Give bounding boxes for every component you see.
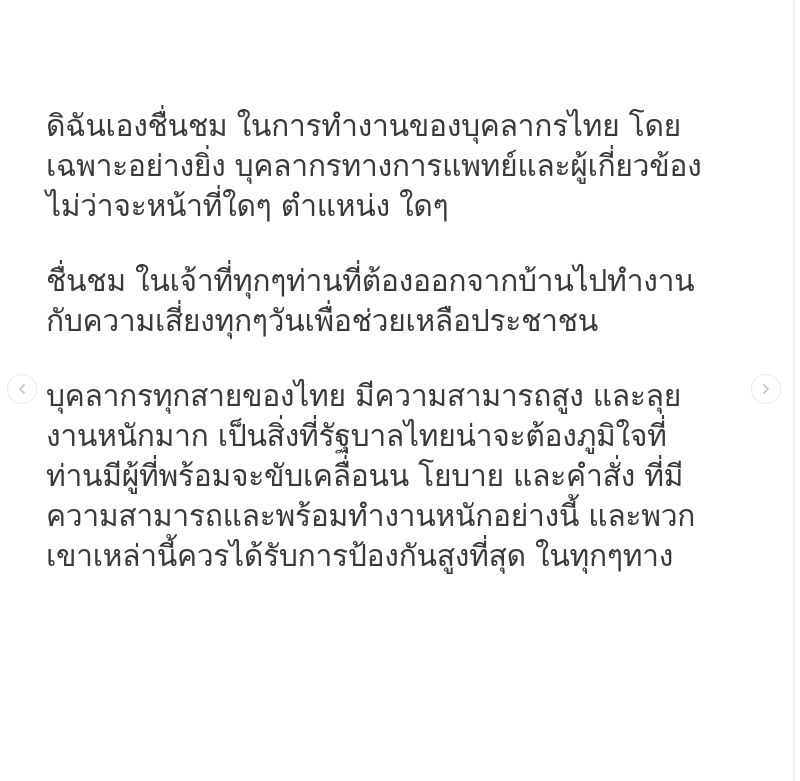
post-text: ดิฉันเองชื่นชม ในการทำงานของบุคลากรไทย โ… [46, 107, 776, 577]
paragraph-1: ดิฉันเองชื่นชม ในการทำงานของบุคลากรไทย โ… [46, 107, 776, 227]
chevron-right-icon [760, 383, 772, 395]
text-line: ชื่นชม ในเจ้าที่ทุกๆท่านที่ต้องออกจากบ้า… [46, 262, 776, 302]
text-line: บุคลากรทุกสายของไทย มีความสามารถสูง และล… [46, 377, 776, 417]
panel-divider [793, 0, 795, 781]
text-line: ดิฉันเองชื่นชม ในการทำงานของบุคลากรไทย โ… [46, 107, 776, 147]
paragraph-3: บุคลากรทุกสายของไทย มีความสามารถสูง และล… [46, 377, 776, 577]
carousel-next-button[interactable] [751, 374, 781, 404]
text-line: ความสามารถและพร้อมทำงานหนักอย่างนี้ และพ… [46, 497, 776, 537]
text-line: เขาเหล่านี้ควรได้รับการป้องกันสูงที่สุด … [46, 537, 776, 577]
text-line: กับความเสี่ยงทุกๆวันเพื่อช่วยเหลือประชาช… [46, 302, 776, 342]
text-line: ท่านมีผู้ที่พร้อมจะขับเคลื่อนน โยบาย และ… [46, 457, 776, 497]
text-line: งานหนักมาก เป็นสิ่งที่รัฐบาลไทยน่าจะต้อง… [46, 417, 776, 457]
paragraph-2: ชื่นชม ในเจ้าที่ทุกๆท่านที่ต้องออกจากบ้า… [46, 262, 776, 342]
chevron-left-icon [16, 383, 28, 395]
carousel-prev-button[interactable] [7, 374, 37, 404]
text-line: เฉพาะอย่างยิ่ง บุคลากรทางการแพทย์และผู้เ… [46, 147, 776, 187]
text-line: ไม่ว่าจะหน้าที่ใดๆ ตำแหน่ง ใดๆ [46, 187, 776, 227]
post-image: ดิฉันเองชื่นชม ในการทำงานของบุคลากรไทย โ… [0, 0, 794, 781]
